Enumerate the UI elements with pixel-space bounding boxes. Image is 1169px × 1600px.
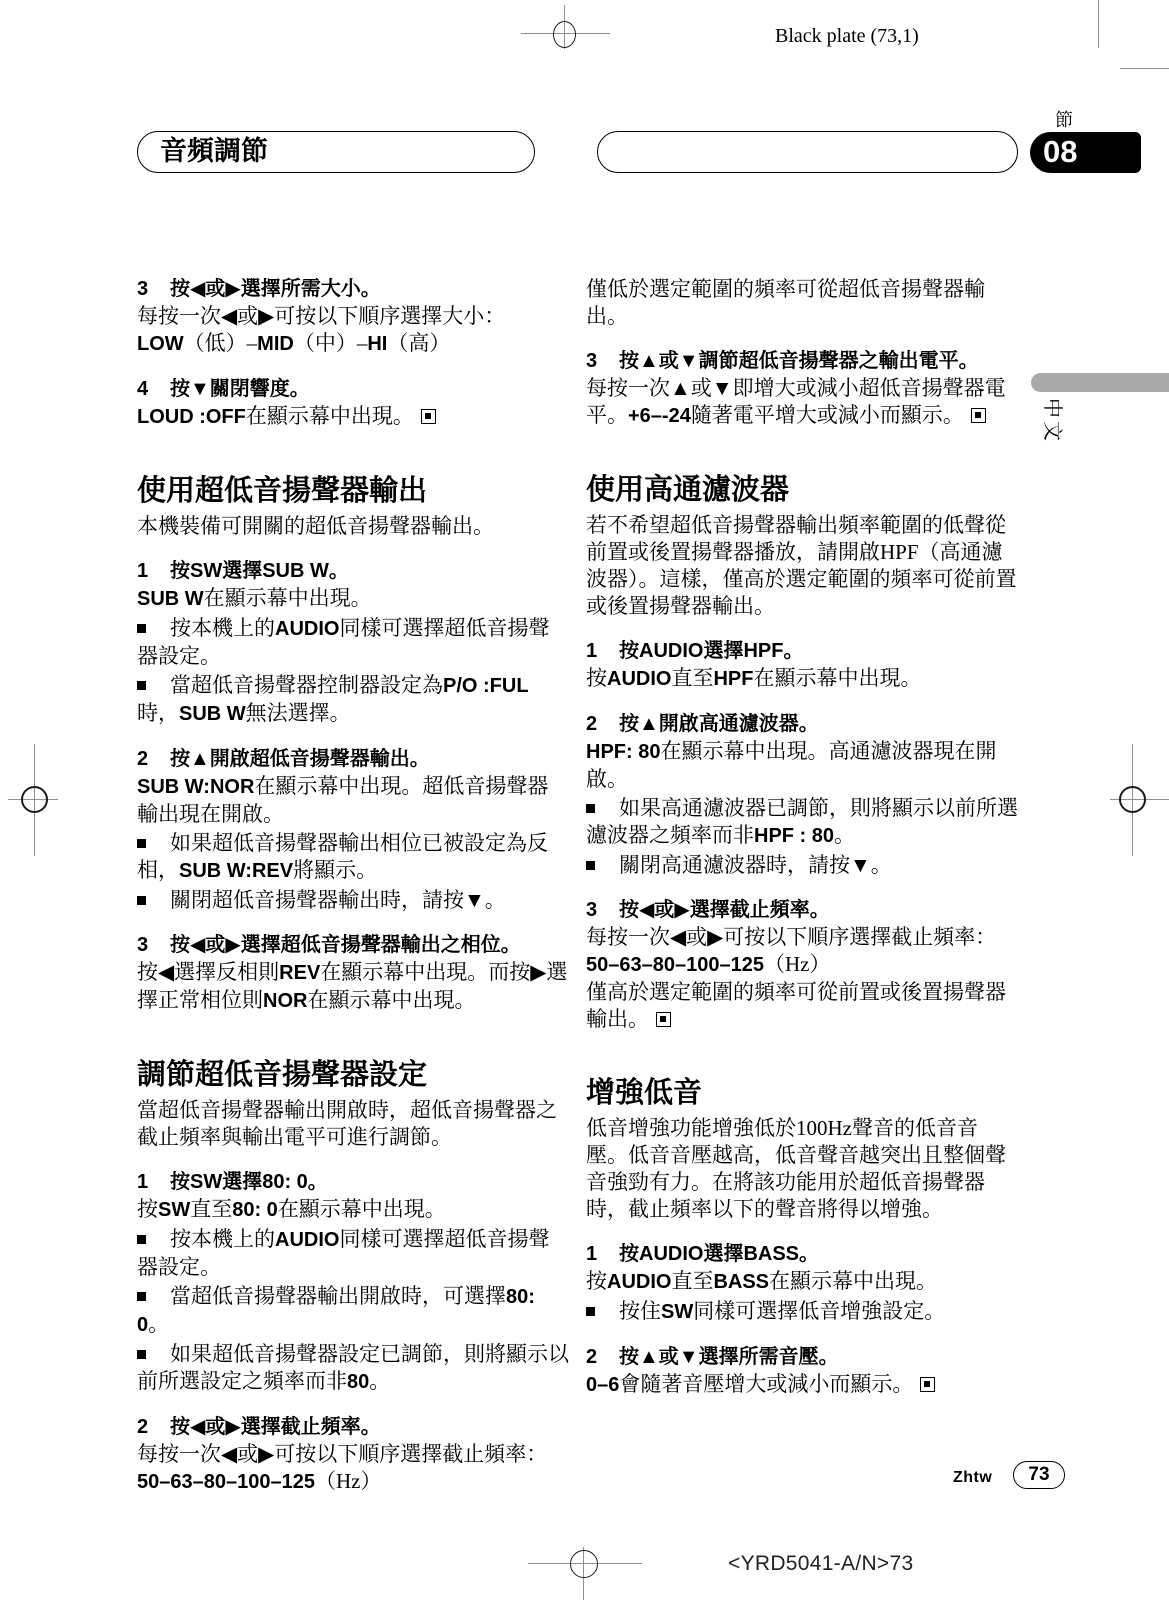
paragraph: 按SW直至80: 0在顯示幕中出現。 [137,1196,569,1224]
step-instruction: 2按▲開啟超低音揚聲器輸出。 [137,746,569,773]
text-run: 當超低音揚聲器輸出開啟時，超低音揚聲器之截止頻率與輸出電平可進行調節。 [137,1098,557,1149]
text-run: 。 [148,1312,169,1336]
manual-page: { "page": { "plate_label": "Black plate … [0,0,1169,1600]
crop-line-top-right [1098,0,1099,48]
paragraph: 僅高於選定範圍的頻率可從前置或後置揚聲器輸出。 [586,979,1018,1033]
paragraph: 僅低於選定範圍的頻率可從超低音揚聲器輸出。 [586,276,1018,330]
text-run: （低）– [184,331,258,355]
step-instruction: 2按▲或▼選擇所需音壓。 [586,1344,1018,1371]
text-run: 將顯示。 [293,858,377,882]
text-run: 關閉高通濾波器時，請按▼。 [619,853,892,877]
paragraph: HPF: 80在顯示幕中出現。高通濾波器現在開啟。 [586,738,1018,793]
step-text: 按◀或▶選擇截止頻率。 [170,1416,381,1438]
text-run: 在顯示幕中出現。 [204,586,372,610]
text-run: 在顯示幕中出現。 [769,1269,937,1293]
text-run: 按◀選擇反相則 [137,960,279,984]
paragraph: 本機裝備可開關的超低音揚聲器輸出。 [137,513,569,540]
text-run: 每按一次◀或▶可按以下順序選擇大小： [137,304,505,328]
section-heading: 增強低音 [586,1075,1018,1111]
display-term: 80 [347,1371,369,1393]
paragraph: 50–63–80–100–125（Hz） [137,1468,569,1496]
step-number: 1 [586,1241,619,1268]
step-instruction: 2按▲開啟高通濾波器。 [586,711,1018,738]
page-title: 音頻調節 [138,132,534,171]
chapter-caption: 節 [1034,106,1094,132]
display-term: 50–63–80–100–125 [586,954,764,976]
note-item: 如果超低音揚聲器輸出相位已被設定為反相，SUB W:REV將顯示。 [137,828,569,885]
display-term: SUB W [179,703,246,725]
step-instruction: 1按SW選擇80: 0。 [137,1169,569,1196]
display-term: BASS [713,1271,769,1293]
paragraph: SUB W:NOR在顯示幕中出現。超低音揚聲器輸出現在開啟。 [137,773,569,828]
step-instruction: 3按◀或▶選擇截止頻率。 [586,897,1018,924]
paragraph: 0–6會隨著音壓增大或減小而顯示。 [586,1371,1018,1399]
text-run: 本機裝備可開關的超低音揚聲器輸出。 [137,514,494,538]
step-text: 按SW選擇80: 0。 [170,1171,328,1193]
crosshair-circle-icon [1119,786,1146,813]
text-run: 按 [586,1269,607,1293]
step-number: 3 [586,897,619,924]
paragraph: LOW（低）–MID（中）–HI（高） [137,330,569,358]
step-instruction: 1按SW選擇SUB W。 [137,558,569,585]
crosshair-circle-icon [21,786,48,813]
note-item: 按本機上的AUDIO同樣可選擇超低音揚聲器設定。 [137,613,569,670]
display-term: NOR [263,990,307,1012]
section-end-icon [920,1377,935,1392]
step-text: 按◀或▶選擇截止頻率。 [619,899,830,921]
display-term: AUDIO [275,1229,339,1251]
step-text: 按▲或▼選擇所需音壓。 [619,1346,839,1368]
paragraph: 按AUDIO直至HPF在顯示幕中出現。 [586,665,1018,693]
step-text: 按▼關閉響度。 [170,378,310,400]
paragraph: SUB W在顯示幕中出現。 [137,585,569,613]
note-bullet-icon [586,1296,619,1323]
display-term: 0–6 [586,1374,619,1396]
step-instruction: 1按AUDIO選擇BASS。 [586,1241,1018,1268]
column-right: 僅低於選定範圍的頻率可從超低音揚聲器輸出。3按▲或▼調節超低音揚聲器之輸出電平。… [586,276,1018,1399]
display-term: HI [367,333,387,355]
text-run: 按 [137,1197,158,1221]
text-run: 低音增強功能增強低於100Hz聲音的低音音壓。低音音壓越高，低音聲音越突出且整個… [586,1116,1006,1221]
display-term: AUDIO [275,618,339,640]
text-run: 僅高於選定範圍的頻率可從前置或後置揚聲器輸出。 [586,980,1006,1031]
step-number: 2 [586,1344,619,1371]
display-term: SUB W:NOR [137,776,254,798]
display-term: SW [661,1301,693,1323]
document-code: <YRD5041-A/N>73 [728,1552,913,1576]
display-term: SW [158,1199,190,1221]
paragraph: 當超低音揚聲器輸出開啟時，超低音揚聲器之截止頻率與輸出電平可進行調節。 [137,1097,569,1151]
text-run: 當超低音揚聲器輸出開啟時，可選擇 [170,1284,506,1308]
step-number: 4 [137,376,170,403]
side-language-label: 中文 [1040,398,1069,468]
text-run: 每按一次◀或▶可按以下順序選擇截止頻率： [586,925,996,949]
display-term: 80: 0 [232,1199,278,1221]
display-term: MID [257,333,294,355]
footer-language-code: Zhtw [953,1469,992,1487]
step-number: 3 [137,932,170,959]
text-run: 僅低於選定範圍的頻率可從超低音揚聲器輸出。 [586,277,985,328]
display-term: P/O :FUL [443,675,529,697]
display-term: LOW [137,333,184,355]
step-instruction: 1按AUDIO選擇HPF。 [586,638,1018,665]
chapter-number: 08 [1030,132,1141,172]
text-run: 每按一次◀或▶可按以下順序選擇截止頻率： [137,1442,547,1466]
display-term: AUDIO [607,668,671,690]
display-term: +6–-24 [628,405,691,427]
step-number: 2 [137,746,170,773]
step-number: 2 [586,711,619,738]
note-item: 如果超低音揚聲器設定已調節，則將顯示以前所選設定之頻率而非80。 [137,1339,569,1396]
text-run: 時， [137,701,179,725]
note-bullet-icon [137,670,170,697]
paragraph: 每按一次◀或▶可按以下順序選擇截止頻率： [586,924,1018,951]
page-number: 73 [1028,1464,1049,1485]
text-run: 在顯示幕中出現。 [307,988,475,1012]
paragraph: 若不希望超低音揚聲器輸出頻率範圍的低聲從前置或後置揚聲器播放，請開啟HPF（高通… [586,512,1018,620]
note-item: 當超低音揚聲器輸出開啟時，可選擇80: 0。 [137,1281,569,1339]
step-instruction: 4按▼關閉響度。 [137,376,569,403]
note-bullet-icon [586,850,619,877]
note-item: 按本機上的AUDIO同樣可選擇超低音揚聲器設定。 [137,1224,569,1281]
note-bullet-icon [586,793,619,820]
crop-line-right [1120,68,1169,69]
text-run: 若不希望超低音揚聲器輸出頻率範圍的低聲從前置或後置揚聲器播放，請開啟HPF（高通… [586,513,1017,618]
section-end-icon [971,408,986,423]
paragraph: 按◀選擇反相則REV在顯示幕中出現。而按▶選擇正常相位則NOR在顯示幕中出現。 [137,959,569,1015]
step-text: 按▲開啟高通濾波器。 [619,713,819,735]
section-end-icon [656,1012,671,1027]
text-run: 關閉超低音揚聲器輸出時，請按▼。 [170,888,506,912]
page-number-pill: 73 [1013,1461,1065,1489]
step-number: 2 [137,1414,170,1441]
note-item: 按住SW同樣可選擇低音增強設定。 [586,1296,1018,1326]
text-run: （Hz） [315,1469,382,1493]
paragraph: LOUD :OFF在顯示幕中出現。 [137,403,569,431]
note-bullet-icon [137,1281,170,1308]
display-term: HPF : 80 [754,825,834,847]
display-term: 50–63–80–100–125 [137,1471,315,1493]
text-run: （中）– [294,331,368,355]
paragraph: 按AUDIO直至BASS在顯示幕中出現。 [586,1268,1018,1296]
note-item: 關閉高通濾波器時，請按▼。 [586,850,1018,879]
step-instruction: 3按▲或▼調節超低音揚聲器之輸出電平。 [586,348,1018,375]
note-bullet-icon [137,613,170,640]
text-run: 在顯示幕中出現。 [246,404,414,428]
display-term: HPF [713,668,753,690]
note-bullet-icon [137,1224,170,1251]
plate-label: Black plate (73,1) [775,25,919,48]
step-text: 按AUDIO選擇HPF。 [619,640,803,662]
section-heading: 調節超低音揚聲器設定 [137,1057,569,1093]
note-item: 當超低音揚聲器控制器設定為P/O :FUL時，SUB W無法選擇。 [137,670,569,728]
text-run: 。 [369,1369,390,1393]
note-bullet-icon [137,885,170,912]
step-number: 1 [137,1169,170,1196]
text-run: 直至 [671,1269,713,1293]
header-title-pill: 音頻調節 [137,131,535,173]
text-run: 無法選擇。 [246,701,351,725]
text-run: 當超低音揚聲器控制器設定為 [170,673,443,697]
section-heading: 使用超低音揚聲器輸出 [137,473,569,509]
step-text: 按▲或▼調節超低音揚聲器之輸出電平。 [619,350,979,372]
text-run: 直至 [671,666,713,690]
crosshair-circle-icon [553,21,576,48]
note-bullet-icon [137,1339,170,1366]
text-run: 在顯示幕中出現。 [278,1197,446,1221]
header-empty-pill [597,131,1018,173]
step-number: 3 [137,276,170,303]
text-run: （高） [387,331,450,355]
display-term: SUB W [137,588,204,610]
text-run: （Hz） [764,952,831,976]
step-text: 按◀或▶選擇超低音揚聲器輸出之相位。 [170,934,521,956]
text-run: 在顯示幕中出現。 [753,666,921,690]
paragraph: 低音增強功能增強低於100Hz聲音的低音音壓。低音音壓越高，低音聲音越突出且整個… [586,1115,1018,1223]
text-run: 會隨著音壓增大或減小而顯示。 [619,1372,913,1396]
text-run: 同樣可選擇低音增強設定。 [693,1299,945,1323]
display-term: SUB W:REV [179,860,293,882]
paragraph: 每按一次◀或▶可按以下順序選擇截止頻率： [137,1441,569,1468]
section-end-icon [421,409,436,424]
text-run: 隨著電平增大或減小而顯示。 [691,403,964,427]
text-run: 。 [834,823,855,847]
display-term: LOUD :OFF [137,406,246,428]
step-number: 1 [137,558,170,585]
display-term: REV [279,962,320,984]
note-item: 如果高通濾波器已調節，則將顯示以前所選濾波器之頻率而非HPF : 80。 [586,793,1018,850]
step-text: 按▲開啟超低音揚聲器輸出。 [170,748,430,770]
display-term: AUDIO [607,1271,671,1293]
text-run: 按本機上的 [170,616,275,640]
crosshair-circle-icon [570,1550,598,1578]
note-bullet-icon [137,828,170,855]
step-instruction: 3按◀或▶選擇超低音揚聲器輸出之相位。 [137,932,569,959]
step-number: 3 [586,348,619,375]
column-left: 3按◀或▶選擇所需大小。每按一次◀或▶可按以下順序選擇大小：LOW（低）–MID… [137,276,569,1496]
text-run: 直至 [190,1197,232,1221]
text-run: 按 [586,666,607,690]
text-run: 按住 [619,1299,661,1323]
section-heading: 使用高通濾波器 [586,472,1018,508]
step-instruction: 2按◀或▶選擇截止頻率。 [137,1414,569,1441]
step-text: 按◀或▶選擇所需大小。 [170,278,381,300]
text-run: 按本機上的 [170,1227,275,1251]
note-item: 關閉超低音揚聲器輸出時，請按▼。 [137,885,569,914]
step-number: 1 [586,638,619,665]
paragraph: 50–63–80–100–125（Hz） [586,951,1018,979]
step-instruction: 3按◀或▶選擇所需大小。 [137,276,569,303]
paragraph: 每按一次◀或▶可按以下順序選擇大小： [137,303,569,330]
side-tab-bar [1031,373,1169,392]
display-term: HPF: 80 [586,741,660,763]
chapter-number-tab: 08 [1030,132,1141,173]
step-text: 按SW選擇SUB W。 [170,560,349,582]
step-text: 按AUDIO選擇BASS。 [619,1243,819,1265]
paragraph: 每按一次▲或▼即增大或減小超低音揚聲器電平。+6–-24隨著電平增大或減小而顯示… [586,375,1018,430]
